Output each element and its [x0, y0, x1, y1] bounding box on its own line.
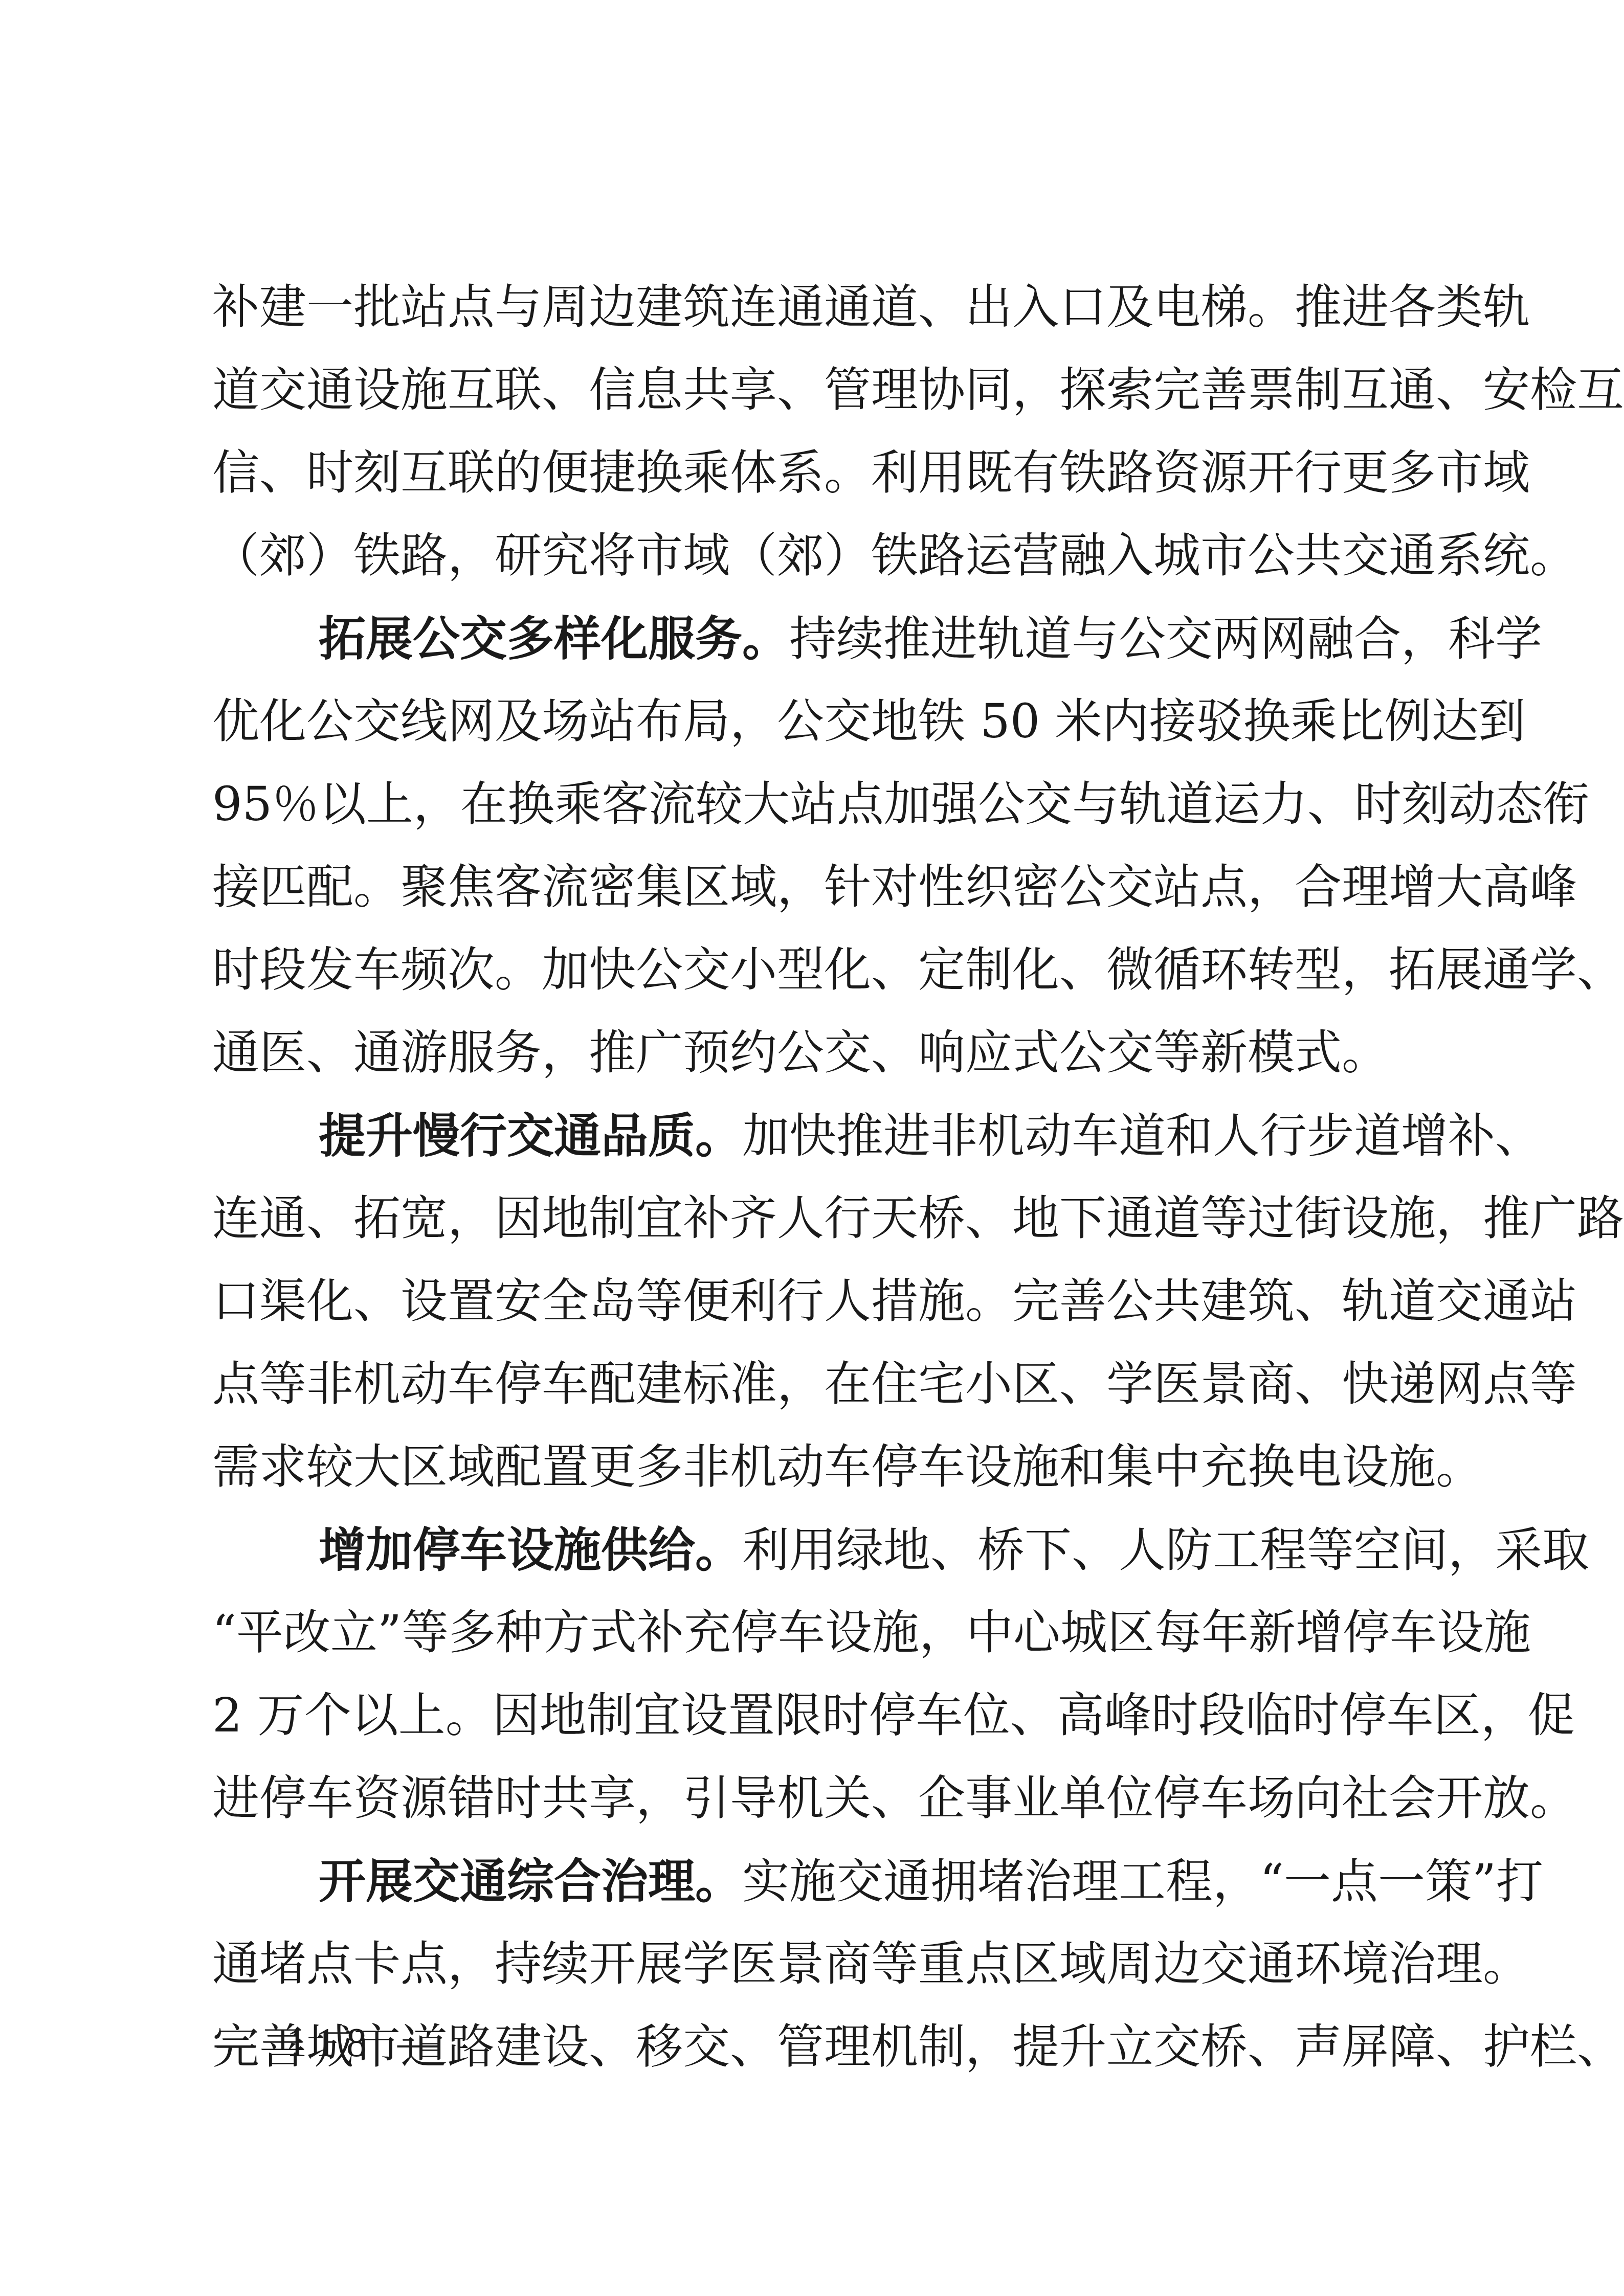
paragraph-heading: 增加停车设施供给。: [319, 1522, 742, 1578]
text-line: 连通、拓宽，因地制宜补齐人行天桥、地下通道等过街设施，推广路: [212, 1177, 1414, 1260]
paragraph-first-line: 提升慢行交通品质。加快推进非机动车道和人行步道增补、: [212, 1094, 1414, 1177]
paragraph-heading: 提升慢行交通品质。: [319, 1108, 742, 1163]
document-page: 补建一批站点与周边建筑连通通道、出入口及电梯。推进各类轨 道交通设施互联、信息共…: [0, 0, 1624, 2296]
text-line: 优化公交线网及场站布局，公交地铁 50 米内接驳换乘比例达到: [212, 680, 1414, 763]
text-line: 道交通设施互联、信息共享、管理协同，探索完善票制互通、安检互: [212, 349, 1414, 432]
text-line: （郊）铁路，研究将市域（郊）铁路运营融入城市公共交通系统。: [212, 514, 1414, 597]
text-line: 点等非机动车停车配建标准，在住宅小区、学医景商、快递网点等: [212, 1343, 1414, 1426]
page-number: — 118 —: [215, 2020, 449, 2066]
text-span: 实施交通拥堵治理工程，“一点一策”打: [742, 1854, 1543, 1909]
text-span: 利用绿地、桥下、人防工程等空间，采取: [742, 1523, 1589, 1578]
text-line: 95％以上，在换乘客流较大站点加强公交与轨道运力、时刻动态衔: [212, 763, 1414, 846]
paragraph-first-line: 拓展公交多样化服务。持续推进轨道与公交两网融合，科学: [212, 597, 1414, 680]
text-line: “平改立”等多种方式补充停车设施，中心城区每年新增停车设施: [212, 1591, 1414, 1674]
paragraph-first-line: 开展交通综合治理。实施交通拥堵治理工程，“一点一策”打: [212, 1840, 1414, 1923]
text-line: 口渠化、设置安全岛等便利行人措施。完善公共建筑、轨道交通站: [212, 1260, 1414, 1343]
text-line: 接匹配。聚焦客流密集区域，针对性织密公交站点，合理增大高峰: [212, 846, 1414, 929]
text-line: 进停车资源错时共享，引导机关、企事业单位停车场向社会开放。: [212, 1757, 1414, 1840]
text-line: 2 万个以上。因地制宜设置限时停车位、高峰时段临时停车区，促: [212, 1674, 1414, 1757]
text-line: 通医、通游服务，推广预约公交、响应式公交等新模式。: [212, 1011, 1414, 1094]
paragraph-heading: 拓展公交多样化服务。: [319, 611, 789, 666]
text-line: 补建一批站点与周边建筑连通通道、出入口及电梯。推进各类轨: [212, 266, 1414, 349]
text-span: 持续推进轨道与公交两网融合，科学: [789, 612, 1542, 666]
text-line: 时段发车频次。加快公交小型化、定制化、微循环转型，拓展通学、: [212, 929, 1414, 1011]
paragraph-first-line: 增加停车设施供给。利用绿地、桥下、人防工程等空间，采取: [212, 1509, 1414, 1591]
text-line: 需求较大区域配置更多非机动车停车设施和集中充换电设施。: [212, 1426, 1414, 1509]
text-line: 信、时刻互联的便捷换乘体系。利用既有铁路资源开行更多市域: [212, 432, 1414, 514]
paragraph-heading: 开展交通综合治理。: [319, 1854, 742, 1909]
text-span: 加快推进非机动车道和人行步道增补、: [742, 1109, 1542, 1163]
body-text: 补建一批站点与周边建筑连通通道、出入口及电梯。推进各类轨 道交通设施互联、信息共…: [212, 266, 1414, 2088]
text-line: 通堵点卡点，持续开展学医景商等重点区域周边交通环境治理。: [212, 1923, 1414, 2006]
